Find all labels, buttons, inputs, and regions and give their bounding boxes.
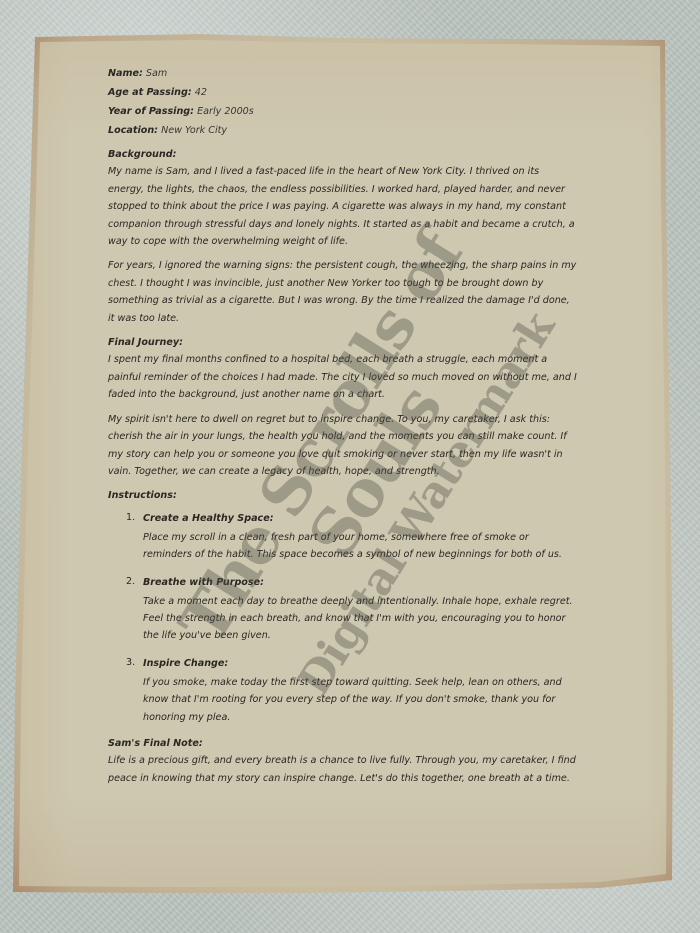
meta-name: Name: Sam xyxy=(108,64,578,83)
instruction-item: 2. Breathe with Purpose: Take a moment e… xyxy=(108,573,578,645)
instruction-item: 1. Create a Healthy Space: Place my scro… xyxy=(108,509,578,564)
instructions-heading: Instructions: xyxy=(108,487,578,504)
instruction-item: 3. Inspire Change: If you smoke, make to… xyxy=(108,654,578,726)
background-heading: Background: xyxy=(108,146,578,163)
meta-year: Year of Passing: Early 2000s xyxy=(108,102,578,121)
meta-age: Age at Passing: 42 xyxy=(108,83,578,102)
instructions-list: 1. Create a Healthy Space: Place my scro… xyxy=(108,509,578,726)
meta-location: Location: New York City xyxy=(108,121,578,140)
final-journey-heading: Final Journey: xyxy=(108,334,578,351)
final-note-text: Life is a precious gift, and every breat… xyxy=(108,752,578,787)
background-paragraph: For years, I ignored the warning signs: … xyxy=(108,257,578,327)
final-note-heading: Sam's Final Note: xyxy=(108,735,578,752)
background-paragraph: My name is Sam, and I lived a fast-paced… xyxy=(108,163,578,250)
scroll-content: Name: Sam Age at Passing: 42 Year of Pas… xyxy=(108,64,578,794)
final-journey-paragraph: My spirit isn't here to dwell on regret … xyxy=(108,411,578,481)
final-journey-paragraph: I spent my final months confined to a ho… xyxy=(108,351,578,403)
